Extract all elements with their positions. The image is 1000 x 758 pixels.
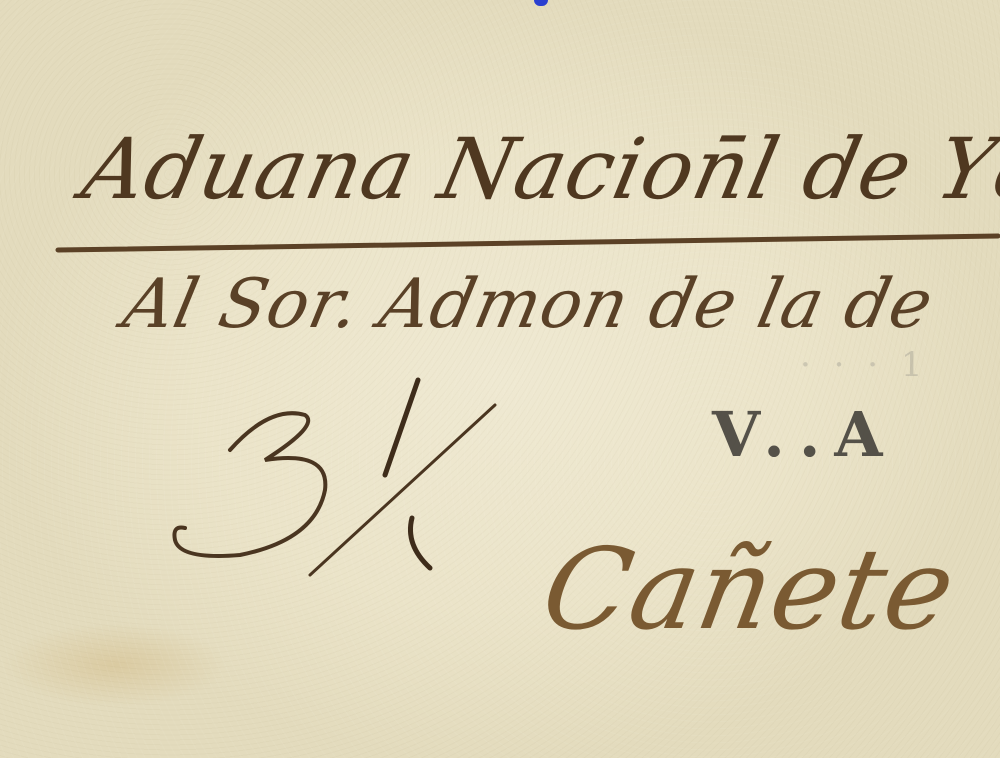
- faint-postmark: · · · 1: [800, 345, 928, 385]
- postal-cover: Aduana Nacion̄l de Yca Al Sor. Admon de …: [0, 0, 1000, 758]
- rate-three: [174, 413, 325, 556]
- rate-numerator-stroke: [385, 380, 418, 475]
- recipient-line: Al Sor. Admon de la de: [117, 265, 941, 344]
- destination-city: Cañete: [534, 525, 965, 655]
- rate-denominator-stroke: [410, 518, 430, 568]
- postmark-stamp: V..A: [712, 398, 897, 471]
- header-underline: [58, 236, 998, 250]
